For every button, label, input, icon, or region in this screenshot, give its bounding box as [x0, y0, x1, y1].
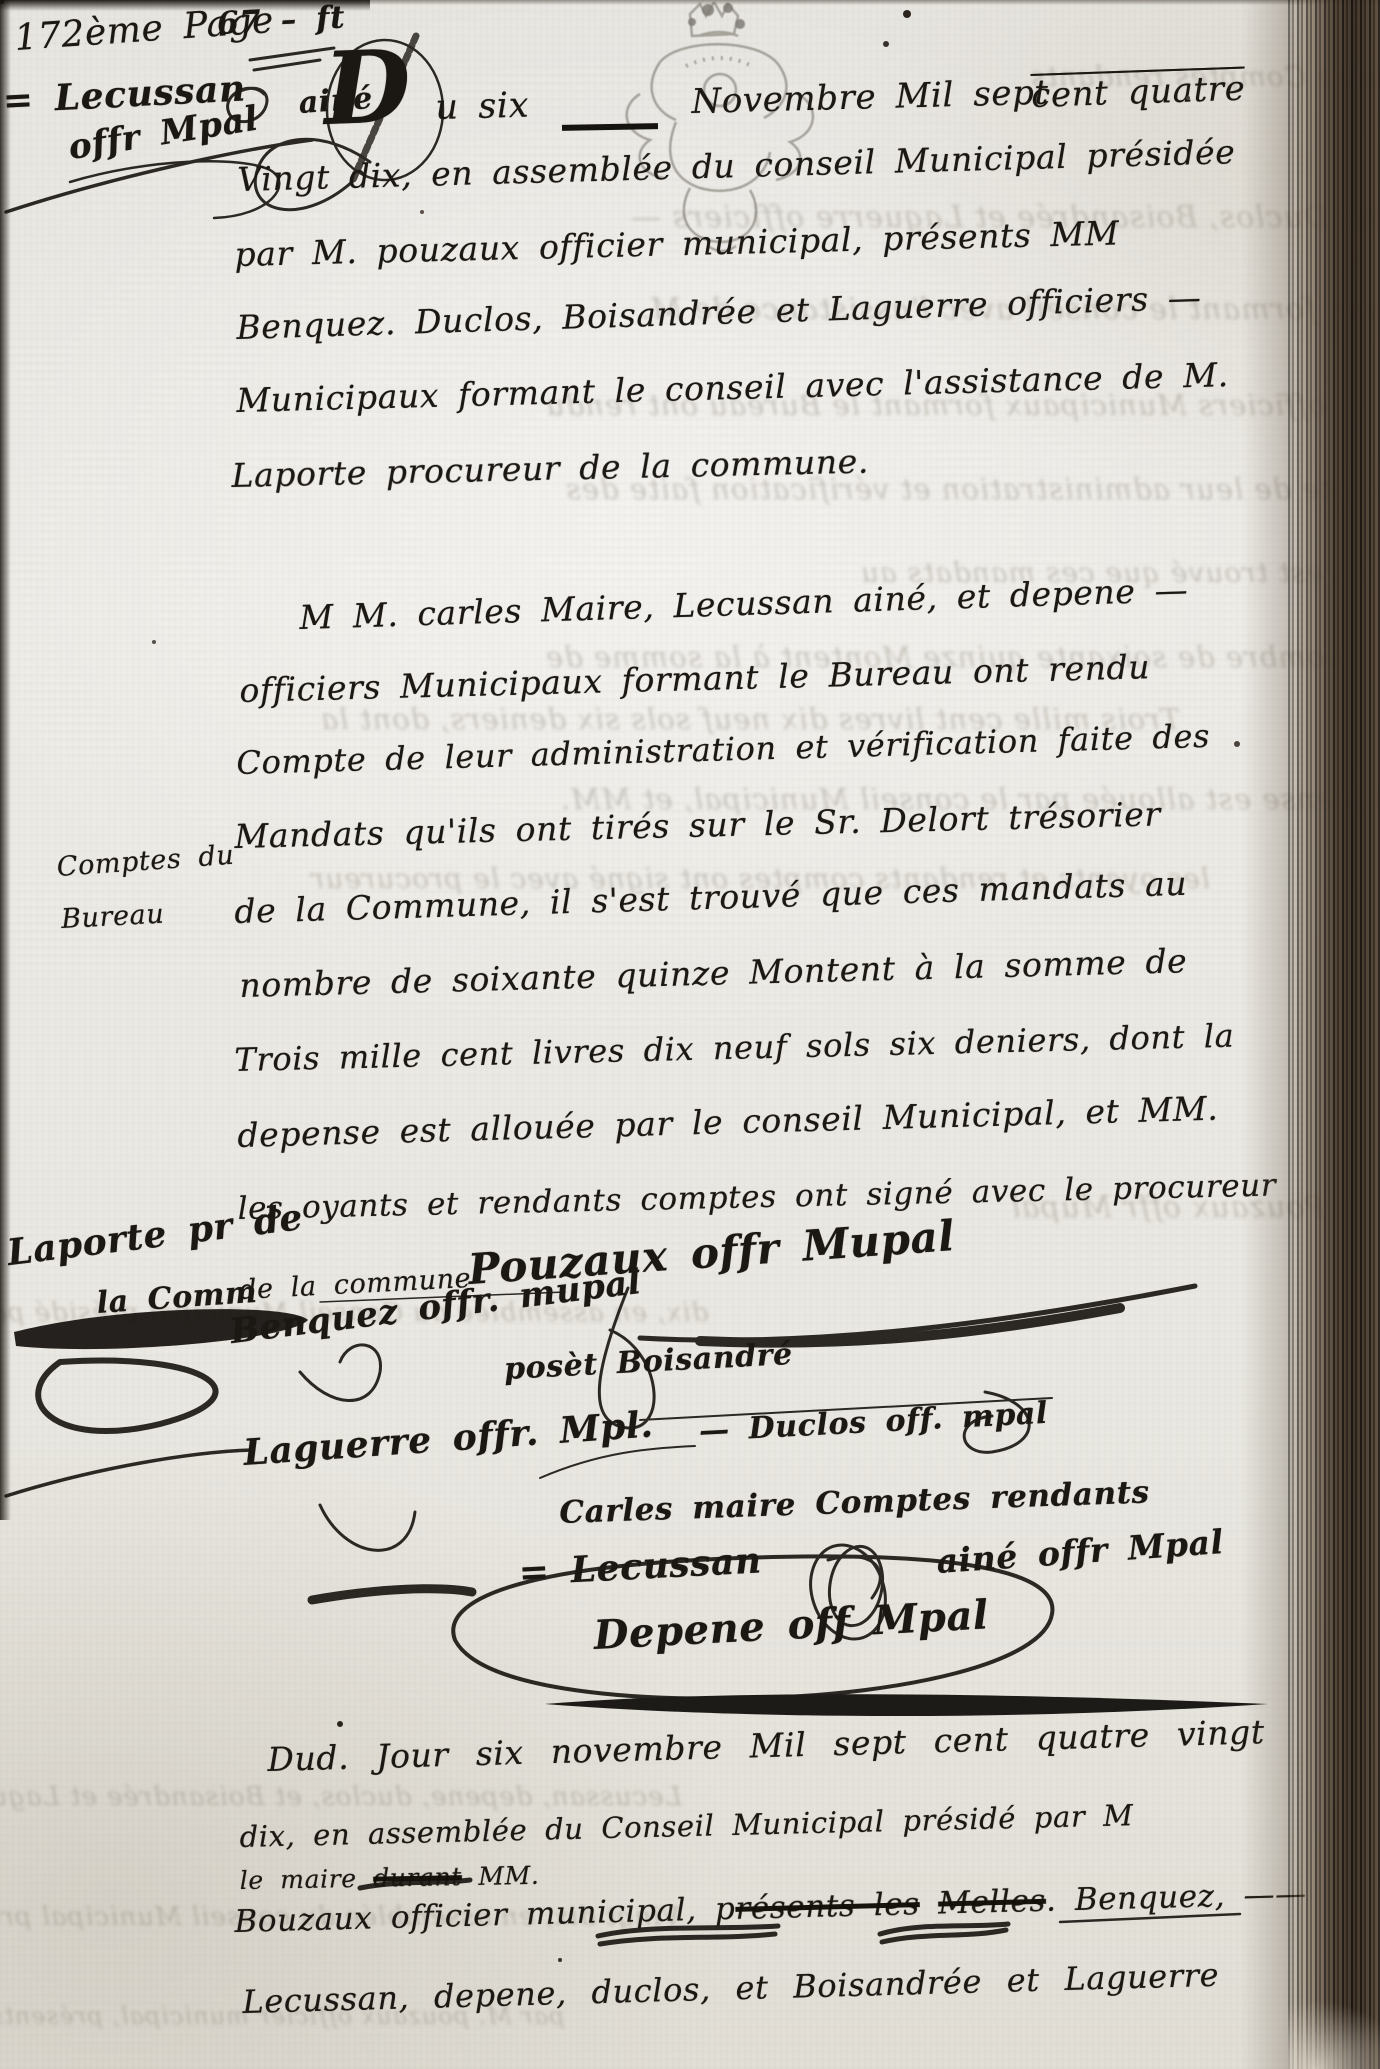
page-edge-top — [0, 0, 370, 11]
line3-struck-word: résents les — [735, 1886, 920, 1927]
page-edge-top-faint — [330, 0, 1380, 5]
interline-struck-word: durant — [373, 1862, 462, 1893]
manuscript-interline: le maire durant MM. — [239, 1861, 539, 1895]
line3-struck-word: Melles — [938, 1883, 1047, 1922]
manuscript-page: Carles maire Comptes rendants Benquez. D… — [0, 0, 1380, 2069]
interline-pre: le maire — [239, 1864, 356, 1895]
page-edge-left — [0, 0, 11, 1520]
date-text: u six — [435, 86, 530, 128]
book-binding-edge — [1288, 0, 1380, 2069]
margin-note-line: Bureau — [60, 899, 165, 935]
interline-post: MM. — [478, 1861, 539, 1891]
drop-initial: D — [322, 27, 413, 148]
